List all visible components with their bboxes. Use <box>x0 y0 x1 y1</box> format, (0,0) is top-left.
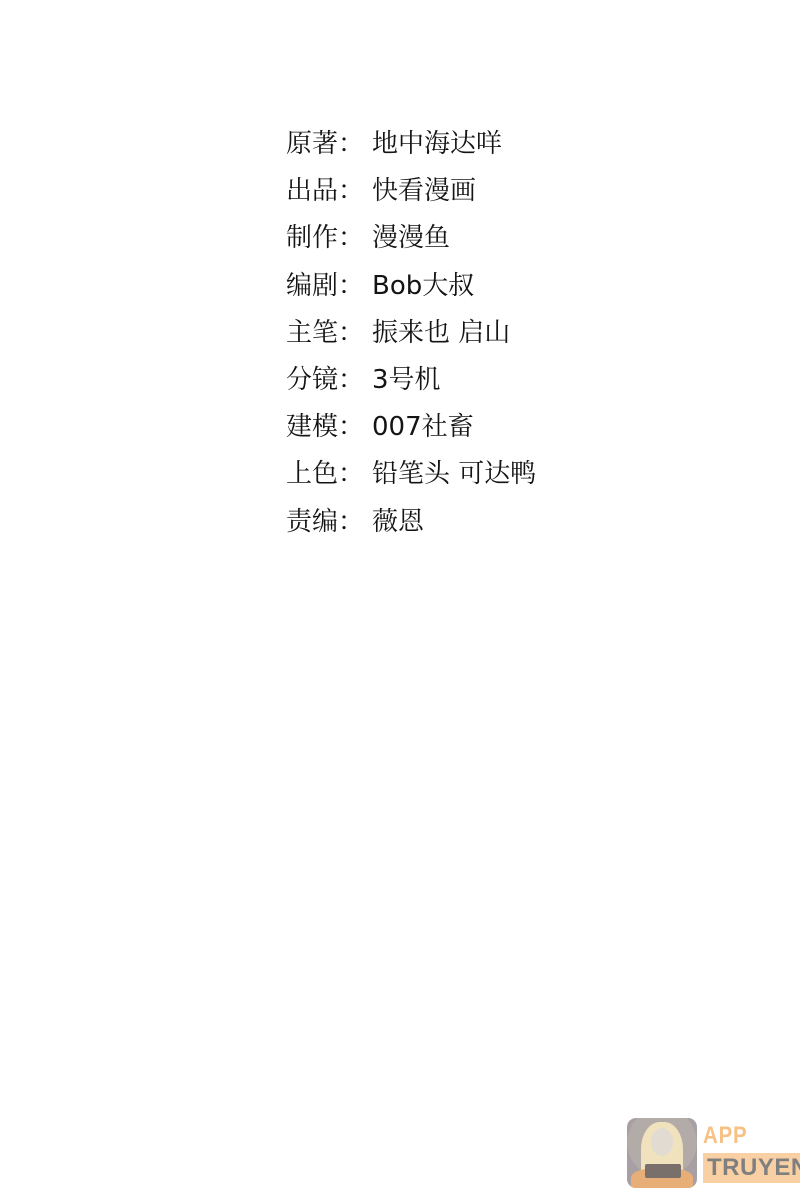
credit-storyboard: 分镜： 3号机 <box>286 358 536 405</box>
credit-label: 原著： <box>286 122 372 169</box>
credit-production: 制作： 漫漫鱼 <box>286 216 536 263</box>
app-truyen-watermark: APP TRUYEN <box>627 1118 800 1188</box>
watermark-text: APP TRUYEN <box>703 1123 800 1183</box>
credit-value: 振来也 启山 <box>372 311 510 358</box>
credit-label: 编剧： <box>286 264 372 311</box>
watermark-truyen-label: TRUYEN <box>703 1153 800 1183</box>
credit-label: 出品： <box>286 169 372 216</box>
credit-label: 建模： <box>286 405 372 452</box>
credit-value: 漫漫鱼 <box>372 216 450 263</box>
credit-publisher: 出品： 快看漫画 <box>286 169 536 216</box>
credit-screenwriter: 编剧： Bob大叔 <box>286 264 536 311</box>
credit-modeling: 建模： 007社畜 <box>286 405 536 452</box>
credits-list: 原著： 地中海达咩 出品： 快看漫画 制作： 漫漫鱼 编剧： Bob大叔 主笔：… <box>286 122 536 547</box>
credit-label: 上色： <box>286 452 372 499</box>
credit-value: 快看漫画 <box>372 169 476 216</box>
credit-label: 分镜： <box>286 358 372 405</box>
credit-value: 地中海达咩 <box>372 122 502 169</box>
credit-value: 薇恩 <box>372 500 424 547</box>
credit-value: 3号机 <box>372 358 441 405</box>
credit-value: 007社畜 <box>372 405 474 452</box>
credit-label: 主笔： <box>286 311 372 358</box>
credit-label: 制作： <box>286 216 372 263</box>
credit-value: Bob大叔 <box>372 264 474 311</box>
credit-value: 铅笔头 可达鸭 <box>372 452 536 499</box>
credit-label: 责编： <box>286 500 372 547</box>
credit-coloring: 上色： 铅笔头 可达鸭 <box>286 452 536 499</box>
reading-girl-logo-icon <box>627 1118 697 1188</box>
credit-lead-artist: 主笔： 振来也 启山 <box>286 311 536 358</box>
credit-editor: 责编： 薇恩 <box>286 500 536 547</box>
credit-original-author: 原著： 地中海达咩 <box>286 122 536 169</box>
watermark-app-label: APP <box>703 1123 796 1149</box>
